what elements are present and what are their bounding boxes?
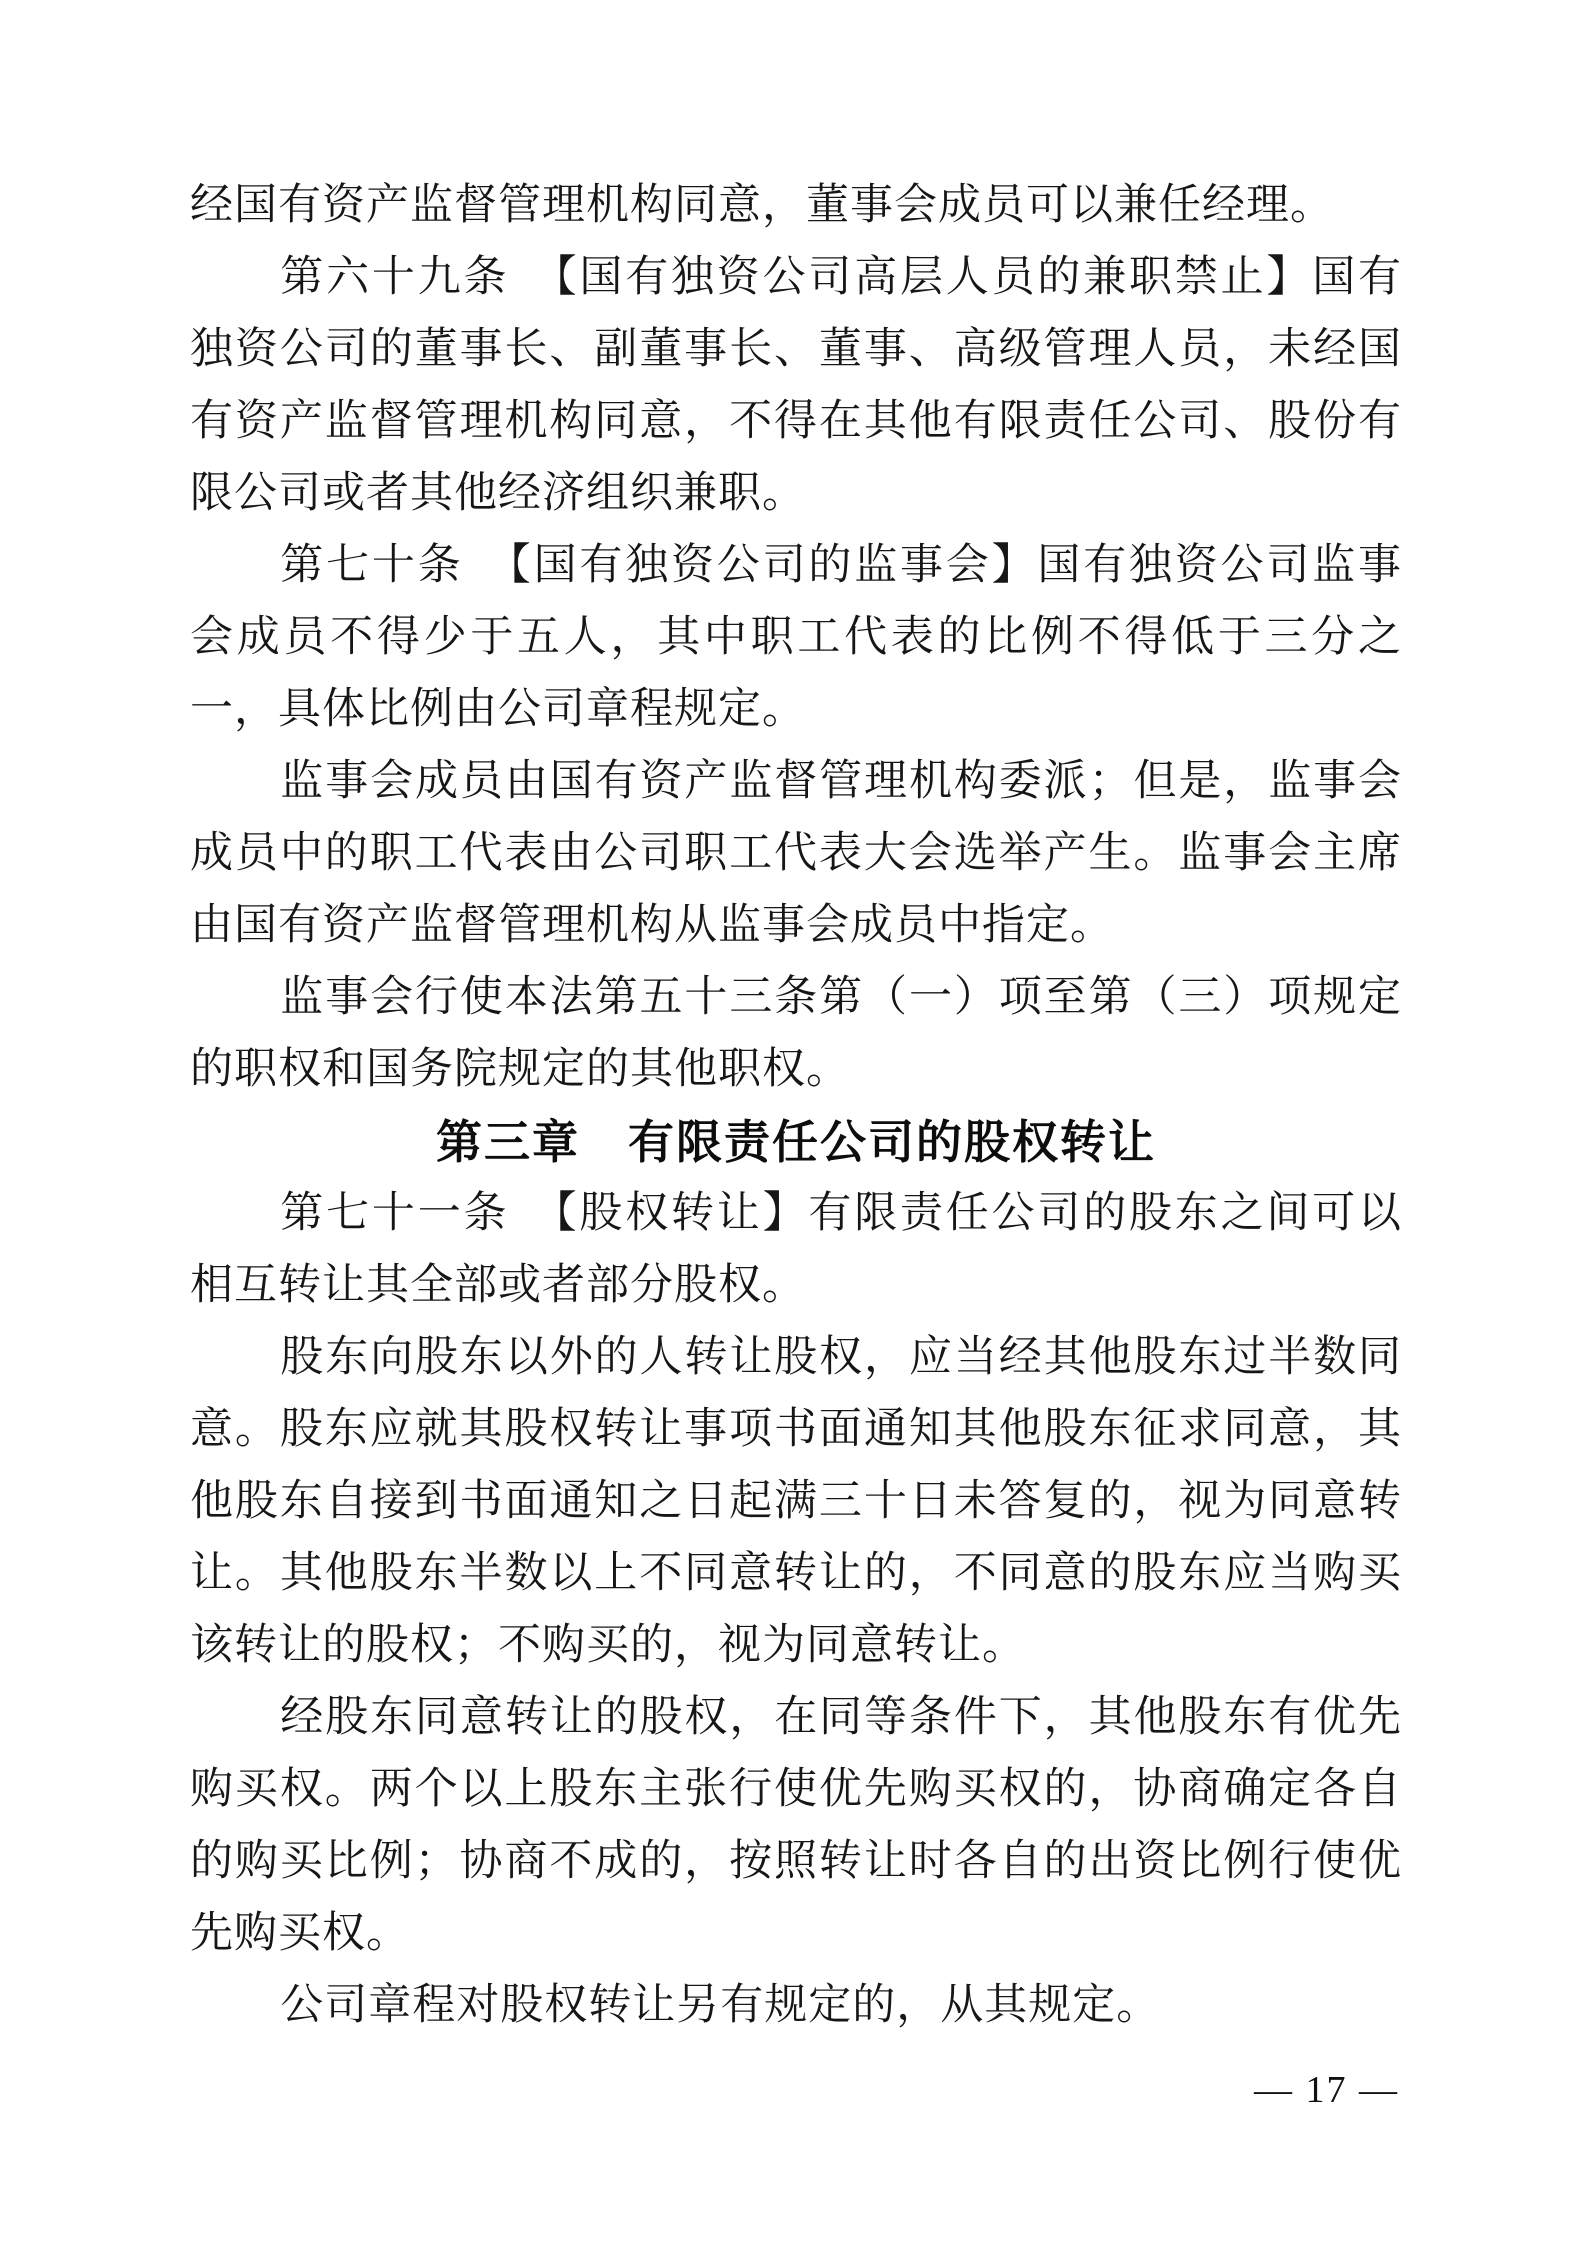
- paragraph-article-71: 第七十一条 【股权转让】有限责任公司的股东之间可以相互转让其全部或者部分股权。: [190, 1178, 1402, 1322]
- document-page: 经国有资产监督管理机构同意，董事会成员可以兼任经理。 第六十九条 【国有独资公司…: [0, 0, 1587, 2245]
- paragraph-article-70-clause-2: 监事会成员由国有资产监督管理机构委派；但是，监事会成员中的职工代表由公司职工代表…: [190, 746, 1402, 962]
- paragraph-article-71-clause-2: 股东向股东以外的人转让股权，应当经其他股东过半数同意。股东应就其股权转让事项书面…: [190, 1322, 1402, 1682]
- paragraph-article-71-clause-3: 经股东同意转让的股权，在同等条件下，其他股东有优先购买权。两个以上股东主张行使优…: [190, 1682, 1402, 1970]
- document-body: 经国有资产监督管理机构同意，董事会成员可以兼任经理。 第六十九条 【国有独资公司…: [190, 170, 1402, 2042]
- paragraph-article-70-clause-3: 监事会行使本法第五十三条第（一）项至第（三）项规定的职权和国务院规定的其他职权。: [190, 962, 1402, 1106]
- page-number: — 17 —: [1254, 2068, 1399, 2112]
- chapter-heading: 第三章 有限责任公司的股权转让: [190, 1106, 1402, 1178]
- paragraph-article-71-clause-4: 公司章程对股权转让另有规定的，从其规定。: [190, 1970, 1402, 2042]
- paragraph-article-69: 第六十九条 【国有独资公司高层人员的兼职禁止】国有独资公司的董事长、副董事长、董…: [190, 242, 1402, 530]
- paragraph-article-68-continuation: 经国有资产监督管理机构同意，董事会成员可以兼任经理。: [190, 170, 1402, 242]
- paragraph-article-70: 第七十条 【国有独资公司的监事会】国有独资公司监事会成员不得少于五人，其中职工代…: [190, 530, 1402, 746]
